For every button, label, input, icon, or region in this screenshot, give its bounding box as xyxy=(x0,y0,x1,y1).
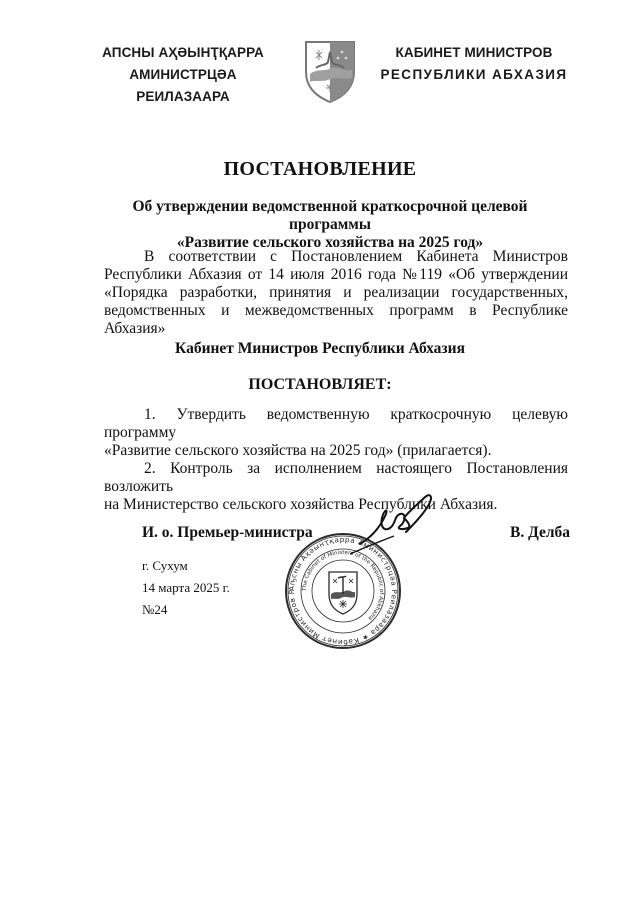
decree-items: 1. Утвердить ведомственную краткосрочную… xyxy=(104,406,568,514)
signature-icon xyxy=(350,492,450,562)
document-page: АПСНЫ АҲӘЫНҬҚАРРА АМИНИСТРЦӘА РЕИЛАЗААРА… xyxy=(0,0,640,905)
decree-item-1-first: 1. Утвердить ведомственную краткосрочную… xyxy=(104,406,568,442)
header-right-line1: КАБИНЕТ МИНИСТРОВ xyxy=(376,42,572,64)
preamble-text: В соответствии с Постановлением Кабинета… xyxy=(104,248,568,337)
header-left-line2: АМИНИСТРЦӘА РЕИЛАЗААРА xyxy=(88,64,278,108)
header-left-line1: АПСНЫ АҲӘЫНҬҚАРРА xyxy=(88,42,278,64)
document-subject: Об утверждении ведомственной краткосрочн… xyxy=(90,198,570,252)
signatory-name: В. Делба xyxy=(510,524,570,542)
header-right-line2: РЕСПУБЛИКИ АБХАЗИЯ xyxy=(376,64,572,86)
issuer-heading: Кабинет Министров Республики Абхазия xyxy=(0,340,640,358)
header-right-russian: КАБИНЕТ МИНИСТРОВ РЕСПУБЛИКИ АБХАЗИЯ xyxy=(376,42,572,86)
coat-of-arms-icon xyxy=(302,38,358,104)
document-number: №24 xyxy=(142,602,167,618)
decree-item-2-first: 2. Контроль за исполнением настоящего По… xyxy=(104,460,568,496)
document-type-title: ПОСТАНОВЛЕНИЕ xyxy=(0,158,640,181)
subject-line1: Об утверждении ведомственной краткосрочн… xyxy=(90,198,570,234)
issue-city: г. Сухум xyxy=(142,558,188,574)
decrees-heading: ПОСТАНОВЛЯЕТ: xyxy=(0,376,640,394)
decree-item-2-rest: на Министерство сельского хозяйства Респ… xyxy=(104,496,568,514)
preamble-paragraph: В соответствии с Постановлением Кабинета… xyxy=(104,248,568,338)
issue-date: 14 марта 2025 г. xyxy=(142,580,230,596)
decree-item-1-rest: «Развитие сельского хозяйства на 2025 го… xyxy=(104,442,568,460)
header-left-abkhaz: АПСНЫ АҲӘЫНҬҚАРРА АМИНИСТРЦӘА РЕИЛАЗААРА xyxy=(88,42,278,108)
signatory-position: И. о. Премьер-министра xyxy=(142,524,313,542)
